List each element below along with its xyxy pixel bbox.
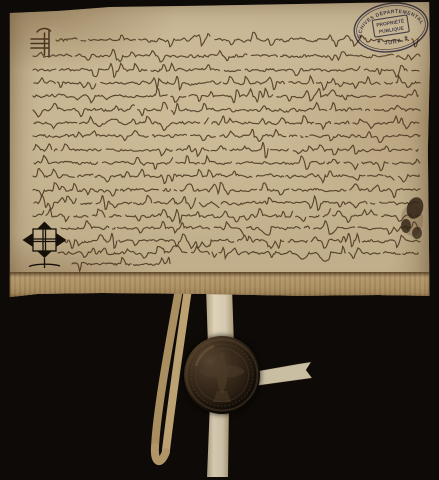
seal-eagle-motif xyxy=(184,336,260,414)
fold-plica xyxy=(9,272,430,298)
charter-photograph: ARCHIVES DÉPARTEMENTALES PROPRIÉTÉ PUBLI… xyxy=(0,0,439,480)
wax-seal xyxy=(184,336,260,414)
parchment xyxy=(9,2,430,298)
